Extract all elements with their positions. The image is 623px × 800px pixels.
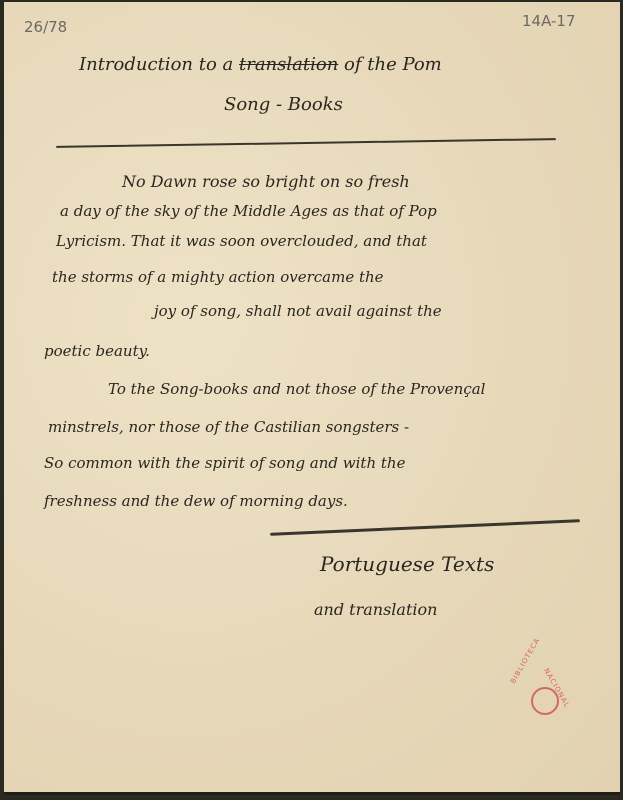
archive-ref-left: 26/78 — [24, 18, 67, 36]
title-line-1: Introduction to a translation of the Pom — [79, 54, 442, 75]
body-line-1: No Dawn rose so bright on so fresh — [122, 172, 410, 191]
body-line-6: poetic beauty. — [44, 342, 150, 360]
body-line-10: freshness and the dew of morning days. — [44, 492, 348, 510]
title-divider — [56, 138, 556, 148]
signature-line-2: and translation — [314, 600, 437, 619]
title-line-2: Song - Books — [224, 94, 343, 115]
stamp-text-left: BIBLIOTECA — [509, 636, 542, 685]
body-line-4: the storms of a mighty action overcame t… — [52, 268, 384, 286]
signature-divider — [270, 519, 580, 536]
archive-ref-right: 14A-17 — [522, 12, 576, 30]
stamp-seal-icon — [531, 687, 559, 715]
library-stamp: BIBLIOTECA NACIONAL — [509, 667, 579, 727]
manuscript-page: 26/78 14A-17 Introduction to a translati… — [4, 2, 620, 795]
body-line-3: Lyricism. That it was soon overclouded, … — [56, 232, 427, 250]
body-line-5: joy of song, shall not avail against the — [154, 302, 442, 320]
signature-line-1: Portuguese Texts — [320, 552, 494, 576]
body-line-7: To the Song-books and not those of the P… — [108, 380, 485, 398]
body-line-2: a day of the sky of the Middle Ages as t… — [60, 202, 437, 220]
struck-word: translation — [239, 54, 338, 75]
body-line-9: So common with the spirit of song and wi… — [44, 454, 405, 472]
body-line-8: minstrels, nor those of the Castilian so… — [48, 418, 409, 436]
